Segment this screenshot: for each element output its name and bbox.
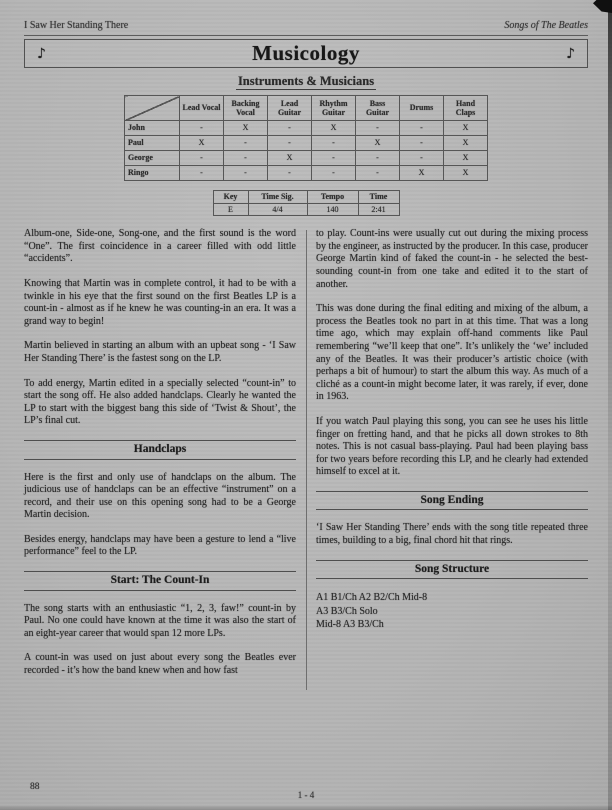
song-structure-line: Mid-8 A3 B3/Ch <box>316 618 588 632</box>
table-cell: - <box>268 166 312 181</box>
column-header: Drums <box>400 96 444 121</box>
section-heading-handclaps: Handclaps <box>24 440 296 460</box>
song-info-header-row: Key Time Sig. Tempo Time <box>213 191 399 204</box>
musician-name: Ringo <box>125 166 180 181</box>
table-cell: - <box>312 136 356 151</box>
column-header: Lead Guitar <box>268 96 312 121</box>
instruments-table: Lead Vocal Backing Vocal Lead Guitar Rhy… <box>124 95 488 181</box>
music-note-icon: ♪ <box>37 46 46 62</box>
table-cell: - <box>224 136 268 151</box>
paragraph: Besides energy, handclaps may have been … <box>24 534 296 559</box>
table-cell: - <box>356 151 400 166</box>
paragraph: Martin believed in starting an album wit… <box>24 340 296 365</box>
instruments-section-title: Instruments & Musicians <box>24 74 588 89</box>
running-header-song-title: I Saw Her Standing There <box>24 20 128 31</box>
left-column: Album-one, Side-one, Song-one, and the f… <box>24 228 296 689</box>
table-cell: X <box>444 121 488 136</box>
table-cell: - <box>400 151 444 166</box>
table-cell: - <box>400 136 444 151</box>
table-cell: X <box>224 121 268 136</box>
song-info-table: Key Time Sig. Tempo Time E 4/4 140 2:41 <box>213 190 400 216</box>
paragraph: Album-one, Side-one, Song-one, and the f… <box>24 228 296 266</box>
running-header: I Saw Her Standing There Songs of The Be… <box>24 20 588 31</box>
table-cell: X <box>400 166 444 181</box>
table-row-george: George - - X - - - X <box>125 151 488 166</box>
instruments-table-corner-cell <box>125 96 180 121</box>
song-structure-line: A1 B1/Ch A2 B2/Ch Mid-8 <box>316 591 588 605</box>
right-column: to play. Count-ins were usually cut out … <box>316 228 588 689</box>
table-cell: - <box>180 166 224 181</box>
key-value: E <box>213 203 248 216</box>
section-heading-song-ending: Song Ending <box>316 491 588 511</box>
song-structure-line: A3 B3/Ch Solo <box>316 605 588 619</box>
running-header-book-title: Songs of The Beatles <box>504 20 588 31</box>
paragraph: This was done during the final editing a… <box>316 303 588 404</box>
paragraph: The song starts with an enthusiastic “1,… <box>24 603 296 641</box>
time-value: 2:41 <box>358 203 399 216</box>
song-info-value-row: E 4/4 140 2:41 <box>213 203 399 216</box>
table-cell: - <box>180 151 224 166</box>
musician-name: George <box>125 151 180 166</box>
instruments-table-header-row: Lead Vocal Backing Vocal Lead Guitar Rhy… <box>125 96 488 121</box>
column-header: Bass Guitar <box>356 96 400 121</box>
scan-artifact-bottom-edge <box>0 805 612 810</box>
column-header: Key <box>213 191 248 204</box>
paragraph: If you watch Paul playing this song, you… <box>316 416 588 479</box>
table-cell: - <box>356 121 400 136</box>
column-header: Time <box>358 191 399 204</box>
table-cell: X <box>312 121 356 136</box>
musician-name: Paul <box>125 136 180 151</box>
paragraph: To add energy, Martin edited in a specia… <box>24 378 296 428</box>
table-cell: - <box>268 136 312 151</box>
paragraph: A count-in was used on just about every … <box>24 652 296 677</box>
table-cell: X <box>356 136 400 151</box>
music-note-icon: ♪ <box>566 46 575 62</box>
table-cell: - <box>312 166 356 181</box>
column-divider <box>306 230 307 689</box>
paragraph: ‘I Saw Her Standing There’ ends with the… <box>316 522 588 547</box>
paragraph: to play. Count-ins were usually cut out … <box>316 228 588 291</box>
column-header: Tempo <box>307 191 358 204</box>
body-columns: Album-one, Side-one, Song-one, and the f… <box>24 228 588 689</box>
column-header: Hand Claps <box>444 96 488 121</box>
table-cell: - <box>224 151 268 166</box>
table-row-john: John - X - X - - X <box>125 121 488 136</box>
header-rule <box>24 35 588 36</box>
table-cell: - <box>400 121 444 136</box>
column-header: Rhythm Guitar <box>312 96 356 121</box>
table-cell: - <box>224 166 268 181</box>
table-cell: X <box>180 136 224 151</box>
page-title: Musicology <box>46 41 566 66</box>
table-cell: X <box>444 151 488 166</box>
scan-artifact-right-edge <box>608 0 612 810</box>
column-header: Time Sig. <box>248 191 307 204</box>
section-heading-song-structure: Song Structure <box>316 560 588 580</box>
tempo-value: 140 <box>307 203 358 216</box>
table-cell: - <box>356 166 400 181</box>
time-sig-value: 4/4 <box>248 203 307 216</box>
musicology-title-banner: ♪ Musicology ♪ <box>24 39 588 68</box>
table-cell: X <box>268 151 312 166</box>
track-indicator: 1 - 4 <box>0 790 612 800</box>
table-cell: - <box>312 151 356 166</box>
table-cell: - <box>268 121 312 136</box>
column-header: Backing Vocal <box>224 96 268 121</box>
musician-name: John <box>125 121 180 136</box>
paragraph: Here is the first and only use of handcl… <box>24 472 296 522</box>
paragraph: Knowing that Martin was in complete cont… <box>24 278 296 328</box>
scanned-book-page: I Saw Her Standing There Songs of The Be… <box>0 0 612 810</box>
scan-artifact-corner <box>593 0 612 13</box>
table-cell: - <box>180 121 224 136</box>
table-cell: X <box>444 166 488 181</box>
column-header: Lead Vocal <box>180 96 224 121</box>
table-row-paul: Paul X - - - X - X <box>125 136 488 151</box>
section-heading-count-in: Start: The Count-In <box>24 571 296 591</box>
table-cell: X <box>444 136 488 151</box>
table-row-ringo: Ringo - - - - - X X <box>125 166 488 181</box>
